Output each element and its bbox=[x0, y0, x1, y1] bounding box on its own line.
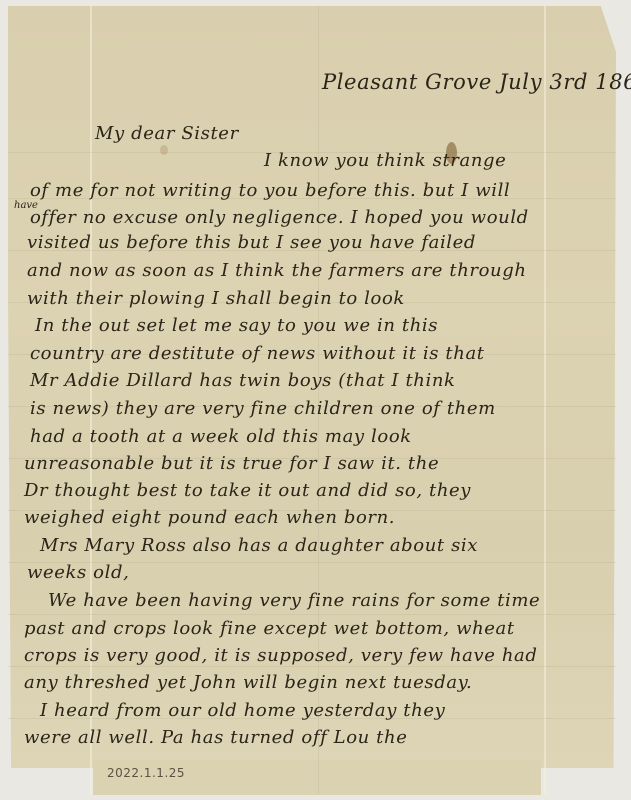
letter-line: is news) they are very fine children one… bbox=[30, 398, 496, 419]
letter-line: Mr Addie Dillard has twin boys (that I t… bbox=[30, 370, 456, 391]
letter-line: offer no excuse only negligence. I hoped… bbox=[30, 207, 529, 228]
letter-line: Dr thought best to take it out and did s… bbox=[24, 480, 471, 501]
letter-line: weighed eight pound each when born. bbox=[24, 507, 395, 528]
letter-line: country are destitute of news without it… bbox=[30, 343, 485, 364]
salutation: My dear Sister bbox=[95, 123, 239, 144]
letter-line: were all well. Pa has turned off Lou the bbox=[24, 727, 407, 748]
letter-line: We have been having very fine rains for … bbox=[48, 590, 540, 611]
accession-number: 2022.1.1.25 bbox=[107, 766, 185, 780]
interlinear-note: have bbox=[14, 200, 38, 211]
letter-line: I know you think strange bbox=[264, 150, 506, 171]
letter-text: Pleasant Grove July 3rd 1867 My dear Sis… bbox=[0, 0, 631, 800]
scan-background: Pleasant Grove July 3rd 1867 My dear Sis… bbox=[0, 0, 631, 800]
letter-line: past and crops look fine except wet bott… bbox=[24, 618, 515, 639]
letter-line: I heard from our old home yesterday they bbox=[40, 700, 445, 721]
letter-line: In the out set let me say to you we in t… bbox=[35, 315, 438, 336]
letter-line: crops is very good, it is supposed, very… bbox=[24, 645, 537, 666]
letter-line: had a tooth at a week old this may look bbox=[30, 426, 412, 447]
place-date-heading: Pleasant Grove July 3rd 1867 bbox=[322, 70, 631, 94]
letter-line: of me for not writing to you before this… bbox=[30, 180, 510, 201]
letter-line: unreasonable but it is true for I saw it… bbox=[24, 453, 439, 474]
letter-line: and now as soon as I think the farmers a… bbox=[27, 260, 527, 281]
letter-line: weeks old, bbox=[27, 562, 129, 583]
letter-line: Mrs Mary Ross also has a daughter about … bbox=[40, 535, 478, 556]
letter-line: with their plowing I shall begin to look bbox=[27, 288, 405, 309]
letter-line: visited us before this but I see you hav… bbox=[27, 232, 476, 253]
letter-line: any threshed yet John will begin next tu… bbox=[24, 672, 472, 693]
